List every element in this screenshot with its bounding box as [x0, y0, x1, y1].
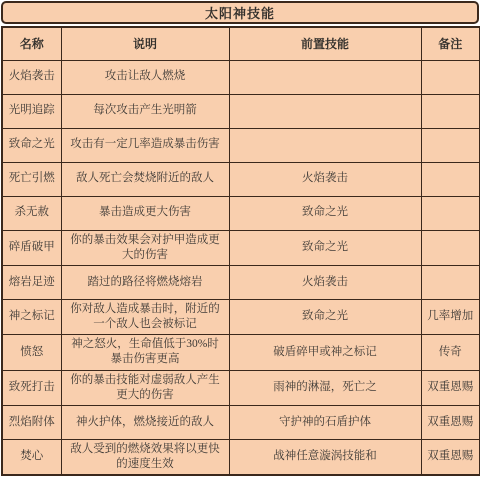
skill-name-cell: 熔岩足迹 — [2, 265, 61, 299]
skill-name-cell: 火焰袭击 — [2, 60, 61, 94]
skill-desc-cell: 神火护体，燃烧接近的敌人 — [61, 405, 229, 439]
skill-name-cell: 致死打击 — [2, 370, 61, 405]
skill-name-cell: 烈焰附体 — [2, 405, 61, 439]
skill-name-cell: 致命之光 — [2, 128, 61, 162]
skill-note-cell — [421, 128, 480, 162]
skill-desc-cell: 你的暴击效果会对护甲造成更大的伤害 — [61, 230, 229, 265]
skill-row: 烈焰附体神火护体，燃烧接近的敌人守护神的石盾护体双重恩赐 — [2, 405, 480, 439]
skill-desc-cell: 踏过的路径将燃烧熔岩 — [61, 265, 229, 299]
skill-prereq-cell: 破盾碎甲或神之标记 — [229, 335, 421, 370]
skill-note-cell — [421, 265, 480, 299]
skill-row: 碎盾破甲你的暴击效果会对护甲造成更大的伤害致命之光 — [2, 230, 480, 265]
skill-note-cell — [421, 196, 480, 230]
skill-note-cell: 双重恩赐 — [421, 405, 480, 439]
skill-name-cell: 光明追踪 — [2, 94, 61, 128]
page: 太阳神技能 名称 说明 前置技能 备注 火焰袭击攻击让敌人燃烧光明追踪每次攻击产… — [0, 1, 480, 499]
skill-note-cell — [421, 60, 480, 94]
table-title: 太阳神技能 — [1, 1, 479, 24]
skill-prereq-cell — [229, 128, 421, 162]
skill-row: 死亡引燃敌人死亡会焚烧附近的敌人火焰袭击 — [2, 162, 480, 196]
skill-table-header: 名称 说明 前置技能 备注 — [2, 27, 480, 60]
skill-desc-cell: 你的暴击技能对虚弱敌人产生更大的伤害 — [61, 370, 229, 405]
skill-prereq-cell: 火焰袭击 — [229, 265, 421, 299]
skill-desc-cell: 攻击有一定几率造成暴击伤害 — [61, 128, 229, 162]
skill-prereq-cell — [229, 94, 421, 128]
skill-note-cell: 双重恩赐 — [421, 370, 480, 405]
skill-name-cell: 死亡引燃 — [2, 162, 61, 196]
skill-row: 熔岩足迹踏过的路径将燃烧熔岩火焰袭击 — [2, 265, 480, 299]
skill-note-cell — [421, 94, 480, 128]
header-desc: 说明 — [61, 27, 229, 60]
skill-row: 杀无赦暴击造成更大伤害致命之光 — [2, 196, 480, 230]
skill-name-cell: 焚心 — [2, 439, 61, 475]
skill-prereq-cell — [229, 60, 421, 94]
skill-name-cell: 神之标记 — [2, 299, 61, 334]
skill-note-cell — [421, 230, 480, 265]
skill-row: 致死打击你的暴击技能对虚弱敌人产生更大的伤害雨神的淋湿，死亡之双重恩赐 — [2, 370, 480, 405]
table-title-text: 太阳神技能 — [205, 3, 275, 22]
skill-prereq-cell: 致命之光 — [229, 196, 421, 230]
header-prereq: 前置技能 — [229, 27, 421, 60]
skill-desc-cell: 敌人死亡会焚烧附近的敌人 — [61, 162, 229, 196]
skill-desc-cell: 神之怒火，生命值低于30%时暴击伤害更高 — [61, 335, 229, 370]
skill-name-cell: 愤怒 — [2, 335, 61, 370]
skill-desc-cell: 每次攻击产生光明箭 — [61, 94, 229, 128]
skill-desc-cell: 攻击让敌人燃烧 — [61, 60, 229, 94]
skill-desc-cell: 暴击造成更大伤害 — [61, 196, 229, 230]
skill-note-cell: 双重恩赐 — [421, 439, 480, 475]
skill-row: 愤怒神之怒火，生命值低于30%时暴击伤害更高破盾碎甲或神之标记传奇 — [2, 335, 480, 370]
skill-note-cell — [421, 162, 480, 196]
skill-note-cell: 几率增加 — [421, 299, 480, 334]
skill-row: 焚心敌人受到的燃烧效果将以更快的速度生效战神任意漩涡技能和双重恩赐 — [2, 439, 480, 475]
skill-name-cell: 杀无赦 — [2, 196, 61, 230]
skill-prereq-cell: 雨神的淋湿，死亡之 — [229, 370, 421, 405]
skill-prereq-cell: 致命之光 — [229, 299, 421, 334]
skill-name-cell: 碎盾破甲 — [2, 230, 61, 265]
skill-note-cell: 传奇 — [421, 335, 480, 370]
skill-row: 神之标记你对敌人造成暴击时，附近的一个敌人也会被标记致命之光几率增加 — [2, 299, 480, 334]
skill-prereq-cell: 守护神的石盾护体 — [229, 405, 421, 439]
skill-row: 致命之光攻击有一定几率造成暴击伤害 — [2, 128, 480, 162]
skill-table-body: 火焰袭击攻击让敌人燃烧光明追踪每次攻击产生光明箭致命之光攻击有一定几率造成暴击伤… — [2, 60, 480, 475]
skill-row: 火焰袭击攻击让敌人燃烧 — [2, 60, 480, 94]
header-name: 名称 — [2, 27, 61, 60]
skill-desc-cell: 敌人受到的燃烧效果将以更快的速度生效 — [61, 439, 229, 475]
skill-desc-cell: 你对敌人造成暴击时，附近的一个敌人也会被标记 — [61, 299, 229, 334]
header-row: 名称 说明 前置技能 备注 — [2, 27, 480, 60]
skill-prereq-cell: 火焰袭击 — [229, 162, 421, 196]
skill-row: 光明追踪每次攻击产生光明箭 — [2, 94, 480, 128]
header-note: 备注 — [421, 27, 480, 60]
sun-god-skill-table: 名称 说明 前置技能 备注 火焰袭击攻击让敌人燃烧光明追踪每次攻击产生光明箭致命… — [1, 26, 480, 476]
skill-prereq-cell: 战神任意漩涡技能和 — [229, 439, 421, 475]
skill-prereq-cell: 致命之光 — [229, 230, 421, 265]
